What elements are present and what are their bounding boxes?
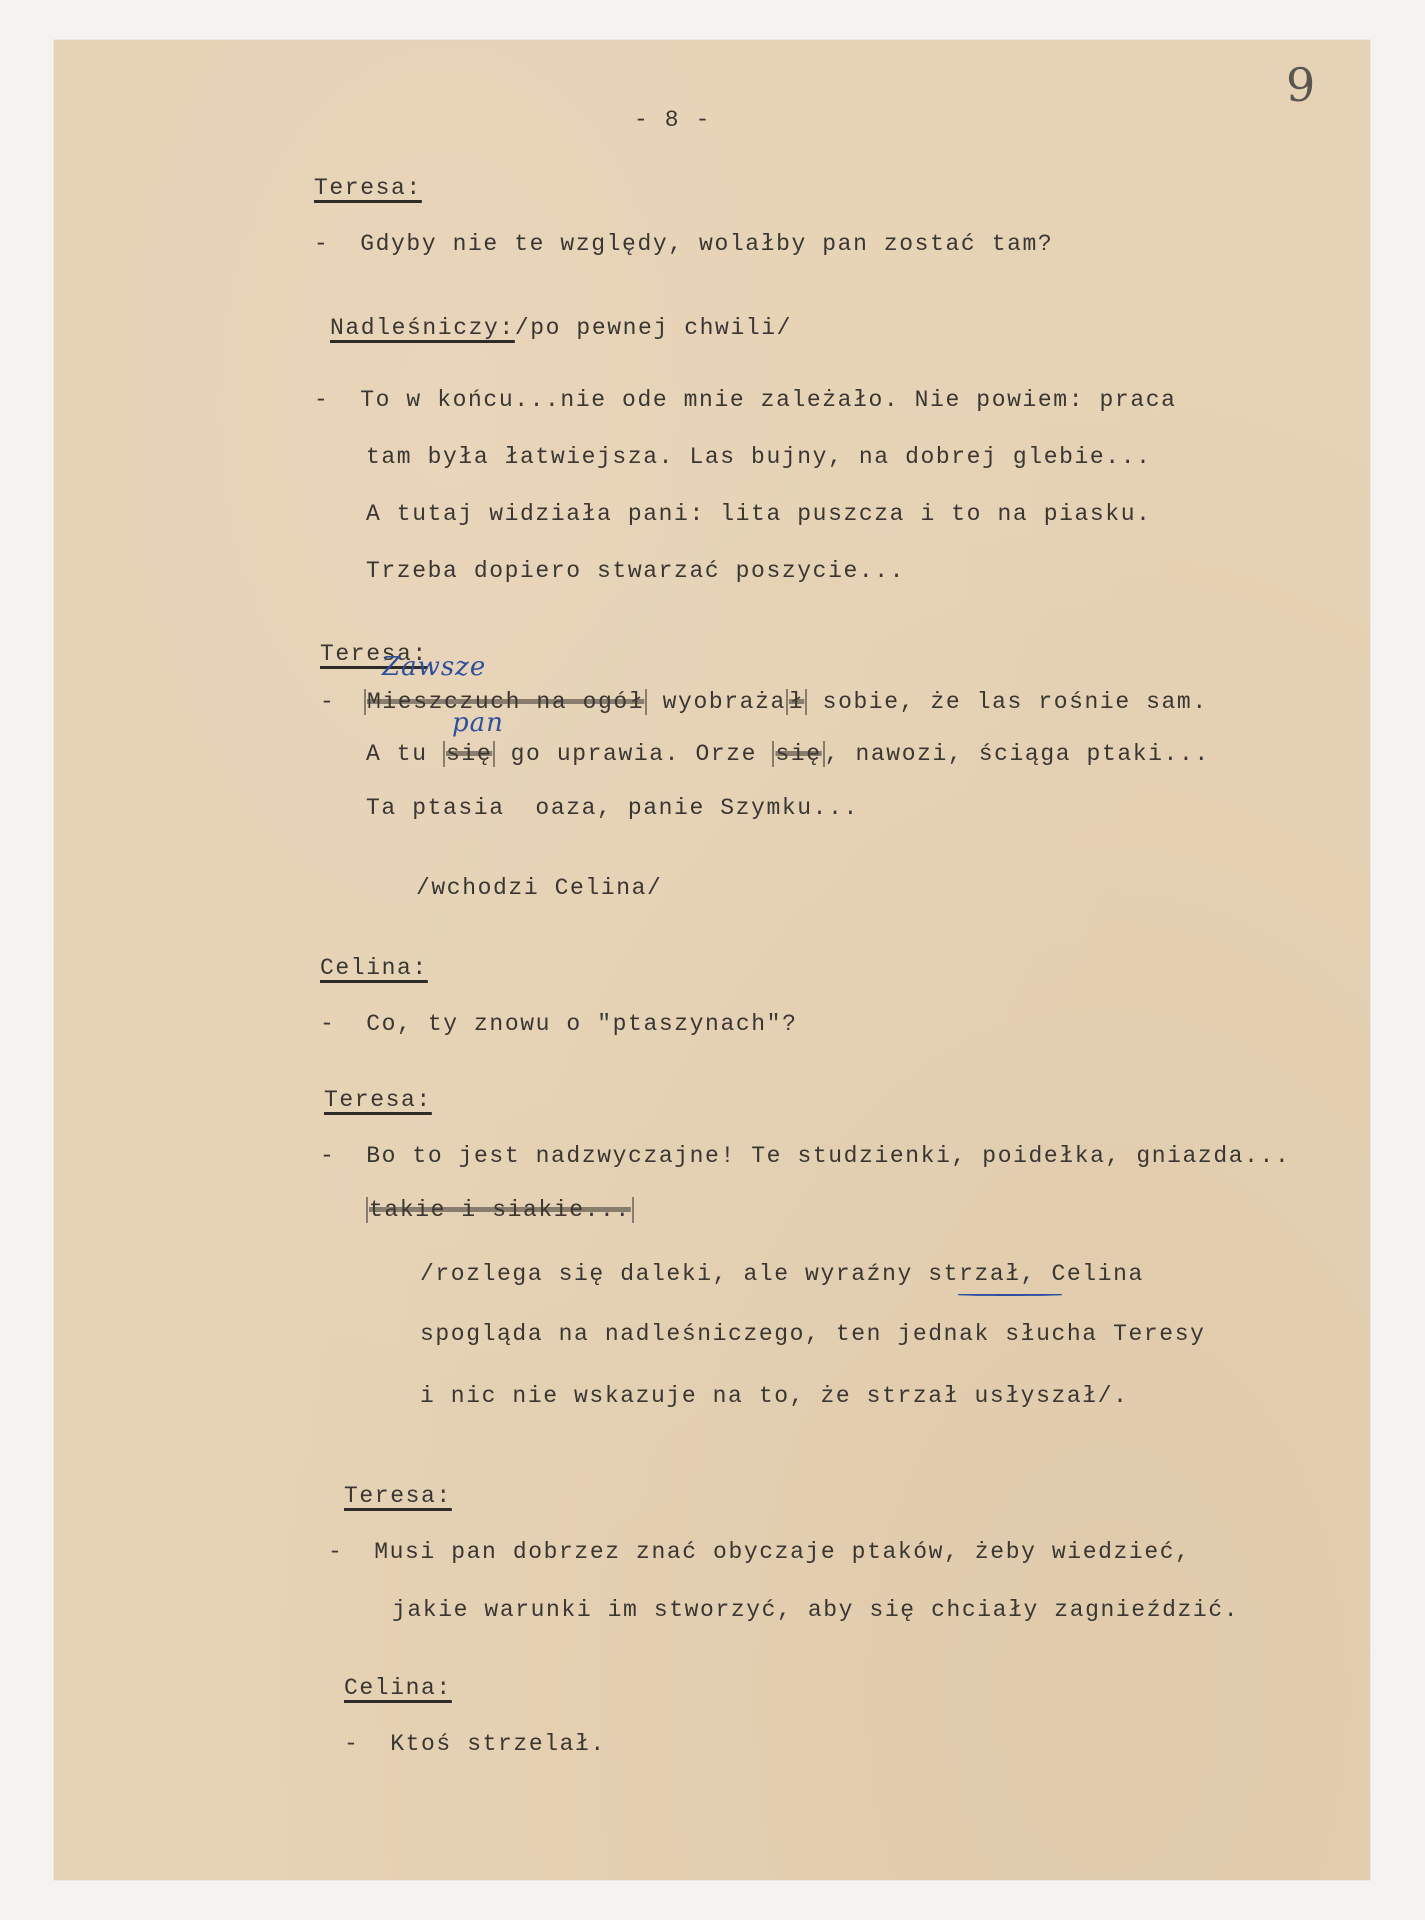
text-segment: , nawozi, ściąga ptaki...	[825, 741, 1210, 767]
speaker-celina: Celina:	[344, 1674, 452, 1702]
struck-line: takie i siakie...	[366, 1196, 634, 1224]
dialogue-line: tam była łatwiejsza. Las bujny, na dobre…	[366, 443, 1152, 471]
dialogue-line: Trzeba dopiero stwarzać poszycie...	[366, 557, 905, 585]
dialogue-line: - Ktoś strzelał.	[344, 1730, 606, 1758]
dialogue-line-corrected: A tu się go uprawia. Orze się, nawozi, ś…	[366, 740, 1210, 768]
speaker-teresa: Teresa:	[344, 1482, 452, 1510]
dialogue-line: - Co, ty znowu o "ptaszynach"?	[320, 1010, 797, 1038]
stage-direction: /wchodzi Celina/	[416, 874, 662, 902]
dialogue-line: - Bo to jest nadzwyczajne! Te studzienki…	[320, 1142, 1290, 1170]
text-segment: sobie, że las rośnie sam.	[807, 689, 1207, 715]
text-segment: A tu	[366, 741, 443, 767]
struck-text: się	[443, 741, 495, 767]
dialogue-line: - Gdyby nie te względy, wolałby pan zost…	[314, 230, 1053, 258]
dialogue-line: - To w końcu...nie ode mnie zależało. Ni…	[314, 386, 1177, 414]
handwritten-correction: pan	[452, 708, 504, 738]
handwritten-underline	[958, 1294, 1062, 1296]
typewritten-page: 9 - 8 - Teresa: - Gdyby nie te względy, …	[54, 40, 1370, 1880]
text-segment: wyobraża	[647, 689, 786, 715]
speaker-teresa: Teresa:	[324, 1086, 432, 1114]
speaker-celina: Celina:	[320, 954, 428, 982]
speaker-nadlesniczy: Nadleśniczy:	[330, 315, 515, 341]
page-number: - 8 -	[634, 106, 711, 134]
dialogue-line: - Musi pan dobrzez znać obyczaje ptaków,…	[328, 1538, 1191, 1566]
struck-text: się	[772, 741, 824, 767]
speaker-line-nadlesniczy: Nadleśniczy:/po pewnej chwili/	[330, 314, 792, 342]
dialogue-line: jakie warunki im stworzyć, aby się chcia…	[392, 1596, 1239, 1624]
speaker-direction: /po pewnej chwili/	[515, 315, 792, 341]
speaker-teresa: Teresa:	[314, 174, 422, 202]
dialogue-line: A tutaj widziała pani: lita puszcza i to…	[366, 500, 1152, 528]
dialogue-line: Ta ptasia oaza, panie Szymku...	[366, 794, 859, 822]
stage-direction: spogląda na nadleśniczego, ten jednak sł…	[420, 1320, 1206, 1348]
struck-text: takie i siakie...	[366, 1197, 634, 1223]
text-segment: go uprawia. Orze	[495, 741, 772, 767]
archive-page-number: 9	[1286, 58, 1315, 112]
handwritten-correction: Zawsze	[382, 652, 486, 682]
stage-direction: /rozlega się daleki, ale wyraźny strzał,…	[420, 1260, 1144, 1288]
struck-text: Mieszczuch na ogół	[364, 689, 647, 715]
stage-direction: i nic nie wskazuje na to, że strzał usły…	[420, 1382, 1129, 1410]
struck-text: ł	[786, 689, 807, 715]
